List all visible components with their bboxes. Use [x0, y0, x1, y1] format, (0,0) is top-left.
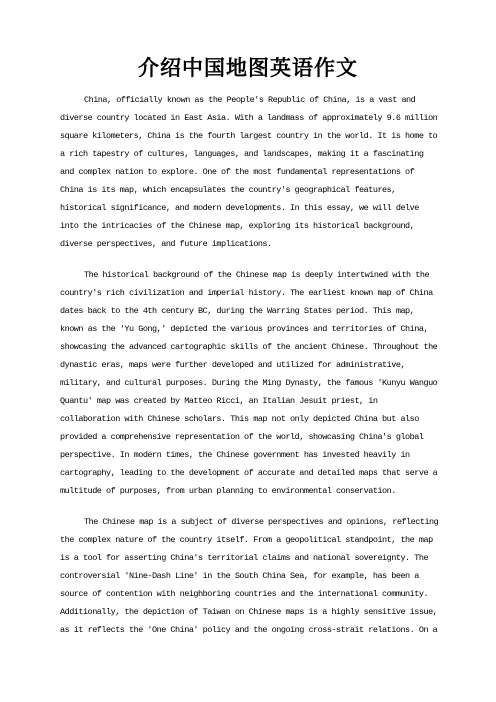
text-line: square kilometers, China is the fourth l…	[60, 127, 450, 145]
text-line: The Chinese map is a subject of diverse …	[60, 513, 450, 531]
text-line: China is its map, which encapsulates the…	[60, 181, 450, 199]
text-line: a rich tapestry of cultures, languages, …	[60, 145, 450, 163]
text-line: controversial 'Nine-Dash Line' in the So…	[60, 567, 450, 585]
text-line: source of contention with neighboring co…	[60, 585, 450, 603]
text-line: military, and cultural purposes. During …	[60, 374, 450, 392]
text-line: collaboration with Chinese scholars. Thi…	[60, 410, 450, 428]
paragraph: The historical background of the Chinese…	[60, 266, 450, 500]
text-line: country's rich civilization and imperial…	[60, 284, 450, 302]
text-line: diverse country located in East Asia. Wi…	[60, 109, 450, 127]
text-line: into the intricacies of the Chinese map,…	[60, 217, 450, 235]
document-page: 介绍中国地图英语作文 China, officially known as th…	[0, 0, 496, 702]
text-line: Quantu' map was created by Matteo Ricci,…	[60, 392, 450, 410]
text-line: historical significance, and modern deve…	[60, 199, 450, 217]
text-line: The historical background of the Chinese…	[60, 266, 450, 284]
text-line: Additionally, the depiction of Taiwan on…	[60, 603, 450, 621]
text-line: China, officially known as the People's …	[60, 91, 450, 109]
text-line: showcasing the advanced cartographic ski…	[60, 338, 450, 356]
text-line: dates back to the 4th century BC, during…	[60, 302, 450, 320]
text-line: known as the 'Yu Gong,' depicted the var…	[60, 320, 450, 338]
essay-title: 介绍中国地图英语作文	[0, 55, 496, 82]
text-line: is a tool for asserting China's territor…	[60, 549, 450, 567]
text-line: dynastic eras, maps were further develop…	[60, 356, 450, 374]
text-line: diverse perspectives, and future implica…	[60, 235, 450, 253]
text-line: provided a comprehensive representation …	[60, 428, 450, 446]
text-line: cartography, leading to the development …	[60, 464, 450, 482]
text-line: multitude of purposes, from urban planni…	[60, 482, 450, 500]
text-line: and complex nation to explore. One of th…	[60, 163, 450, 181]
text-line: as it reflects the 'One China' policy an…	[60, 621, 450, 639]
paragraph: The Chinese map is a subject of diverse …	[60, 513, 450, 639]
text-line: the complex nature of the country itself…	[60, 531, 450, 549]
essay-body: China, officially known as the People's …	[60, 91, 450, 639]
paragraph: China, officially known as the People's …	[60, 91, 450, 253]
text-line: perspective. In modern times, the Chines…	[60, 446, 450, 464]
